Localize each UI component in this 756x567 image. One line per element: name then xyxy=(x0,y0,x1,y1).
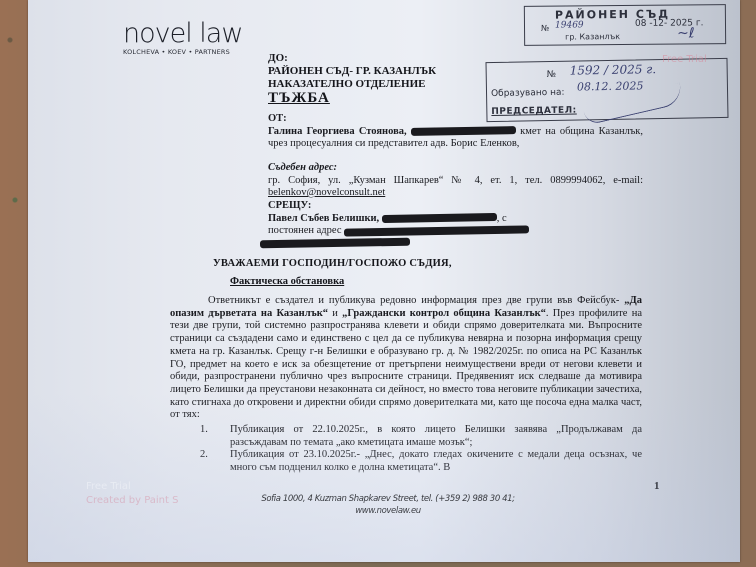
list-text: Публикация от 22.10.2025г., в която лице… xyxy=(230,424,642,448)
redaction-bar xyxy=(411,126,516,136)
plaintiff-block: ОТ: Галина Георгиева Стоянова, кмет на о… xyxy=(268,113,643,151)
facebook-group-2: „Граждански контрол община Казанлък“ xyxy=(342,308,546,319)
body-text-rest: . През профилите на тези две групи, той … xyxy=(170,308,642,421)
footer-address: Sofia 1000, 4 Kuzman Shapkarev Street, t… xyxy=(198,493,578,505)
list-item: 1.Публикация от 22.10.2025г., в която ли… xyxy=(200,424,642,449)
case-number-value: 1592 / 2025 г. xyxy=(570,62,657,78)
watermark-line-1: Free Trial xyxy=(86,480,178,494)
document-title: ТЪЖБА xyxy=(268,90,330,107)
stamp-number-value: 19469 xyxy=(555,20,584,30)
document-page: novel law KOLCHEVA • KOEV • PARTNERS РАЙ… xyxy=(28,0,740,562)
list-number: 2. xyxy=(200,449,208,462)
stamp-number-label: № xyxy=(541,24,549,33)
service-address-text: гр. София, ул. „Кузман Шапкарев“ № 4, ет… xyxy=(268,175,643,186)
email-link[interactable]: belenkov@novelconsult.net xyxy=(268,187,385,198)
formed-label: Образувано на: xyxy=(491,88,565,99)
case-number-label: № xyxy=(547,70,557,80)
publications-list: 1.Публикация от 22.10.2025г., в която ли… xyxy=(200,424,642,474)
redaction-bar xyxy=(344,225,529,236)
stamp-city: гр. Казанлък xyxy=(565,32,620,41)
watermark-line-2: Created by Paint S xyxy=(86,494,178,508)
section-heading: Фактическа обстановка xyxy=(230,276,344,287)
against-label: СРЕЩУ: xyxy=(268,200,311,211)
body-text-start: Ответникът е създател и публикува редовн… xyxy=(208,295,624,306)
body-paragraph: Ответникът е създател и публикува редовн… xyxy=(170,295,642,422)
defendant-address-prefix: постоянен адрес xyxy=(268,225,341,236)
from-label: ОТ: xyxy=(268,113,287,124)
body-conjunction: и xyxy=(328,308,342,319)
defendant-name: Павел Събев Белишки, xyxy=(268,213,379,224)
formed-value: 08.12. 2025 xyxy=(577,79,644,93)
court-registration-stamp: РАЙОНЕН СЪД № 19469 08 -12- 2025 г. гр. … xyxy=(524,4,726,46)
brand-name: novel law xyxy=(123,20,242,47)
footer-website[interactable]: www.novelaw.eu xyxy=(198,505,578,517)
redaction-bar xyxy=(382,213,497,223)
letterhead-footer: Sofia 1000, 4 Kuzman Shapkarev Street, t… xyxy=(198,493,578,517)
list-text: Публикация от 23.10.2025г.- „Днес, докат… xyxy=(230,449,642,473)
page-number: 1 xyxy=(654,480,660,492)
defendant-suffix: , с xyxy=(497,213,507,224)
watermark-top: Free Trial xyxy=(662,54,707,65)
service-address-label: Съдебен адрес: xyxy=(268,162,337,173)
addressee-block: ДО: РАЙОНЕН СЪД- ГР. КАЗАНЛЪК НАКАЗАТЕЛН… xyxy=(268,52,436,91)
salutation: УВАЖАЕМИ ГОСПОДИН/ГОСПОЖО СЪДИЯ, xyxy=(213,258,452,269)
list-number: 1. xyxy=(200,424,208,437)
signature-scribble: ~ℓ xyxy=(677,25,695,41)
defendant-block: СРЕЩУ: Павел Събев Белишки, , с постояне… xyxy=(268,200,643,250)
addressee-label: ДО: xyxy=(268,52,436,65)
letterhead-logo: novel law KOLCHEVA • KOEV • PARTNERS xyxy=(123,20,242,56)
brand-partners: KOLCHEVA • KOEV • PARTNERS xyxy=(123,48,242,56)
watermark: Free Trial Created by Paint S xyxy=(86,480,178,508)
list-item: 2.Публикация от 23.10.2025г.- „Днес, док… xyxy=(200,449,642,474)
service-address-block: Съдебен адрес: гр. София, ул. „Кузман Ша… xyxy=(268,162,643,200)
plaintiff-name: Галина Георгиева Стоянова, xyxy=(268,126,407,137)
redaction-bar xyxy=(260,238,410,249)
addressee-court: РАЙОНЕН СЪД- ГР. КАЗАНЛЪК xyxy=(268,65,436,78)
